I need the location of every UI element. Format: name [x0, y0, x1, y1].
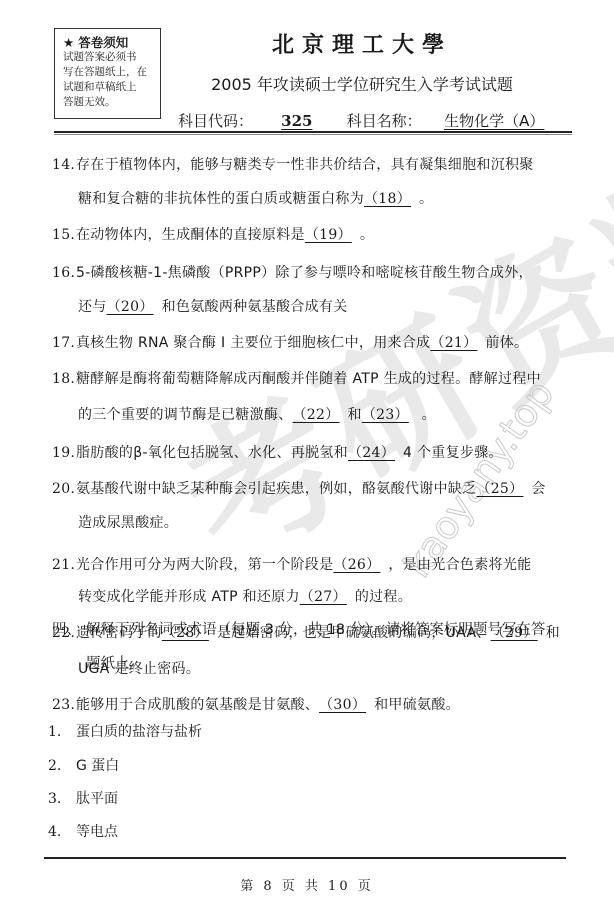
fill-in-blank: （30） — [319, 696, 374, 714]
question-number: 21. — [52, 556, 76, 574]
fill-in-blank: （28） — [162, 624, 217, 642]
term-text: 肽平面 — [76, 791, 118, 807]
question-number: 14. — [52, 156, 76, 174]
term-item: 3.肽平面 — [48, 790, 118, 808]
university-name: 北京理工大學 — [0, 28, 614, 59]
term-item: 1.蛋白质的盐溶与盐析 — [48, 723, 202, 741]
fill-in-blank: （22） — [293, 406, 348, 424]
question-line: 21.光合作用可分为两大阶段，第一个阶段是（26），是由光合色素将光能 — [52, 556, 531, 574]
question-line: 18.糖酵解是酶将葡萄糖降解成丙酮酸并伴随着 ATP 生成的过程。酵解过程中 — [52, 370, 541, 388]
question-text: UGA 是终止密码。 — [78, 661, 200, 677]
page-number: 第 8 页 共 10 页 — [0, 875, 614, 894]
question-text: 和 — [348, 407, 362, 423]
question-text: 。 — [419, 191, 433, 207]
question-line: 22.遗传密码子的（28）是起始密码，也是甲硫氨酸的编码，UAA、（29）和 — [52, 624, 560, 642]
question-line: 20.氨基酸代谢中缺乏某种酶会引起疾患，例如，酪氨酸代谢中缺乏（25）会 — [52, 480, 546, 498]
fill-in-blank: （23） — [362, 406, 417, 424]
subject-name: 生物化学（A） — [426, 110, 548, 131]
question-line-cont: UGA 是终止密码。 — [78, 660, 200, 678]
question-number: 20. — [52, 480, 76, 498]
question-text: 脂肪酸的β-氧化包括脱氢、水化、再脱氢和 — [76, 445, 348, 461]
question-text: 的过程。 — [355, 589, 412, 605]
fill-in-blank: （25） — [476, 480, 531, 498]
question-text: 光合作用可分为两大阶段，第一个阶段是 — [76, 557, 333, 573]
question-text: 遗传密码子的 — [76, 625, 162, 641]
fill-in-blank: （18） — [364, 190, 419, 208]
question-text: ，是由光合色素将光能 — [388, 557, 531, 573]
term-number: 3. — [48, 790, 76, 808]
question-text: 氨基酸代谢中缺乏某种酶会引起疾患，例如，酪氨酸代谢中缺乏 — [76, 481, 476, 497]
term-number: 1. — [48, 723, 76, 741]
notice-line: 答题无效。 — [63, 95, 154, 110]
question-line-cont: 还与（20）和色氨酸两种氨基酸合成有关 — [78, 298, 348, 316]
question-text: 能够用于合成肌酸的氨基酸是甘氨酸、 — [76, 697, 319, 713]
question-line-cont: 糖和复合糖的非抗体性的蛋白质或糖蛋白称为（18）。 — [78, 190, 433, 208]
question-line: 17.真核生物 RNA 聚合酶 I 主要位于细胞核仁中，用来合成（21）前体。 — [52, 334, 528, 352]
question-text: 4 个重复步骤。 — [403, 445, 503, 461]
question-text: 的三个重要的调节酶是已糖激酶、 — [78, 407, 293, 423]
question-line-cont: 造成尿黑酸症。 — [78, 514, 178, 532]
fill-in-blank: （26） — [333, 556, 388, 574]
header-divider-thin — [54, 134, 572, 135]
url-watermark: kaoyany.top — [395, 372, 562, 585]
fill-in-blank: （21） — [430, 334, 485, 352]
exam-title: 2005 年攻读硕士学位研究生入学考试试题 — [0, 72, 614, 95]
footer-divider — [44, 857, 566, 859]
fill-in-blank: （29） — [491, 624, 546, 642]
subject-name-label: 科目名称： — [347, 112, 422, 130]
question-text: 糖和复合糖的非抗体性的蛋白质或糖蛋白称为 — [78, 191, 364, 207]
question-number: 22. — [52, 624, 76, 642]
question-line: 15.在动物体内，生成酮体的直接原料是（19）。 — [52, 226, 374, 244]
term-item: 2.G 蛋白 — [48, 757, 119, 775]
question-number: 15. — [52, 226, 76, 244]
question-number: 17. — [52, 334, 76, 352]
question-text: 存在于植物体内，能够与糖类专一性非共价结合，具有凝集细胞和沉积聚 — [76, 157, 534, 173]
term-item: 4.等电点 — [48, 823, 118, 841]
question-text: 造成尿黑酸症。 — [78, 515, 178, 531]
term-text: 蛋白质的盐溶与盐析 — [76, 724, 202, 740]
question-text: 在动物体内，生成酮体的直接原料是 — [76, 227, 305, 243]
question-number: 16. — [52, 264, 76, 282]
header-divider — [54, 131, 572, 133]
subject-code-label: 科目代码： — [178, 112, 253, 130]
question-line-cont: 转变成化学能并形成 ATP 和还原力（27）的过程。 — [78, 588, 412, 606]
term-text: G 蛋白 — [76, 758, 119, 774]
question-line: 16.5-磷酸核糖-1-焦磷酸（PRPP）除了参与嘌呤和嘧啶核苷酸生物合成外， — [52, 264, 533, 282]
question-text: 。 — [360, 227, 374, 243]
question-text: 还与 — [78, 299, 107, 315]
question-text: 真核生物 RNA 聚合酶 I 主要位于细胞核仁中，用来合成 — [76, 335, 430, 351]
question-text: 会 — [531, 481, 545, 497]
exam-page: 考研资料 kaoyany.top ★答卷须知 试题答案必须书 写在答题纸上，在 … — [0, 0, 614, 906]
fill-in-blank: （24） — [348, 444, 403, 462]
fill-in-blank: （20） — [107, 298, 162, 316]
question-text: 5-磷酸核糖-1-焦磷酸（PRPP）除了参与嘌呤和嘧啶核苷酸生物合成外， — [76, 265, 533, 281]
question-line: 14.存在于植物体内，能够与糖类专一性非共价结合，具有凝集细胞和沉积聚 — [52, 156, 534, 174]
term-number: 4. — [48, 823, 76, 841]
question-text: 和甲硫氨酸。 — [374, 697, 460, 713]
question-text: 和 — [546, 625, 560, 641]
term-number: 2. — [48, 757, 76, 775]
question-line: 23.能够用于合成肌酸的氨基酸是甘氨酸、（30）和甲硫氨酸。 — [52, 696, 460, 714]
term-text: 等电点 — [76, 824, 118, 840]
question-text: 和色氨酸两种氨基酸合成有关 — [162, 299, 348, 315]
subject-code: 325 — [258, 112, 336, 130]
fill-in-blank: （19） — [305, 226, 360, 244]
subject-info: 科目代码： 325 科目名称： 生物化学（A） — [178, 110, 548, 131]
question-number: 23. — [52, 696, 76, 714]
question-line-cont: 的三个重要的调节酶是已糖激酶、（22）和（23） 。 — [78, 406, 436, 424]
question-text: 。 — [417, 407, 436, 423]
question-number: 19. — [52, 444, 76, 462]
question-text: 糖酵解是酶将葡萄糖降解成丙酮酸并伴随着 ATP 生成的过程。酵解过程中 — [76, 371, 541, 387]
question-text: 转变成化学能并形成 ATP 和还原力 — [78, 589, 300, 605]
question-number: 18. — [52, 370, 76, 388]
fill-in-blank: （27） — [300, 588, 355, 606]
question-line: 19.脂肪酸的β-氧化包括脱氢、水化、再脱氢和（24）4 个重复步骤。 — [52, 444, 503, 462]
question-text: 是起始密码，也是甲硫氨酸的编码，UAA、 — [217, 625, 491, 641]
question-text: 前体。 — [485, 335, 528, 351]
